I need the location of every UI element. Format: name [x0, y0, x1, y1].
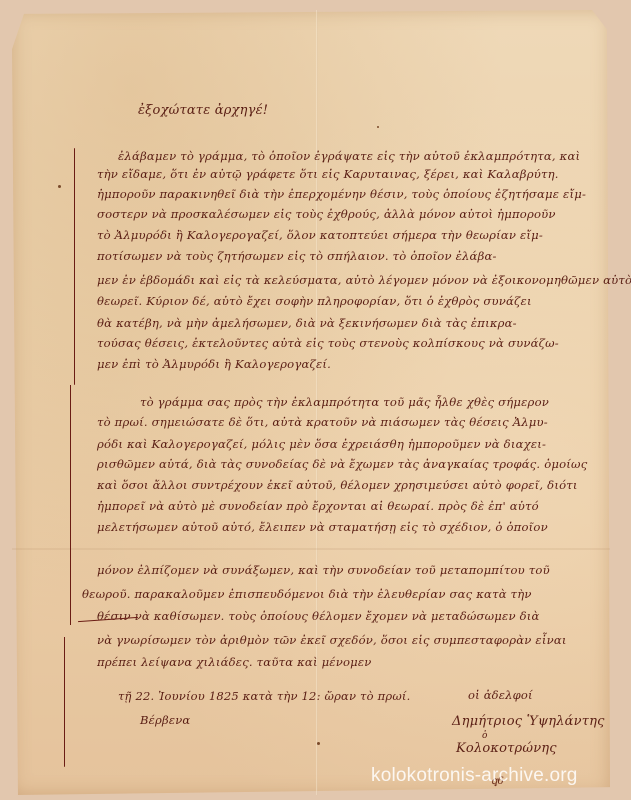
- paper-spot: [377, 126, 379, 128]
- text-line: ἠμπορεῖ νὰ αὐτὸ μὲ συνοδείαν πρὸ ἔρχοντα…: [97, 499, 539, 513]
- text-line: μόνον ἐλπίζομεν νὰ συνάξωμεν, καὶ τὴν συ…: [97, 563, 550, 577]
- text-line: θεωρεῖ. Κύριον δέ, αὐτὸ ἔχει σοφὴν πληρο…: [97, 294, 532, 308]
- text-line: ρισθῶμεν αὐτά, διὰ τὰς συνοδείας δὲ νὰ ἔ…: [97, 457, 587, 471]
- signature-kolokotronis: Κολοκοτρώνης: [456, 741, 557, 756]
- text-line: μελετήσωμεν αὐτοῦ αὐτό, ἔλειπεν νὰ σταμα…: [97, 520, 548, 534]
- place-name: Βέρβενα: [140, 713, 190, 727]
- watermark: kolokotronis-archive.org: [371, 765, 578, 787]
- text-line: ἐλάβαμεν τὸ γράμμα, τὸ ὁποῖον ἐγράψατε ε…: [118, 149, 580, 163]
- text-line: θέσιν νὰ καθίσωμεν. τοὺς ὁποίους θέλομεν…: [97, 609, 540, 623]
- text-line: θὰ κατέβη, νὰ μὴν ἀμελήσωμεν, διὰ νὰ ξεκ…: [97, 316, 517, 330]
- text-line: ἠμποροῦν παρακινηθεῖ διὰ τὴν ἐπερχομένην…: [97, 187, 586, 201]
- text-line: ρόδι καὶ Καλογερογαζεί, μόλις μὲν ὅσα ἐχ…: [97, 437, 546, 451]
- text-line: νὰ γνωρίσωμεν τὸν ἀριθμὸν τῶν ἐκεῖ σχεδό…: [97, 633, 567, 647]
- text-line: τὸ πρωί. σημειώσατε δὲ ὅτι, αὐτὰ κρατοῦν…: [97, 415, 548, 429]
- text-line: τὸ γράμμα σας πρὸς τὴν ἐκλαμπρότητα τοῦ …: [140, 395, 549, 409]
- paper-spot: [317, 742, 320, 745]
- text-line: θεωροῦ. παρακαλοῦμεν ἐπισπευδόμενοι διὰ …: [82, 587, 532, 601]
- text-line: μεν ἐπὶ τὸ Ἀλμυρόδι ἢ Καλογερογαζεί.: [97, 357, 331, 371]
- margin-bracket-1: [74, 148, 75, 385]
- text-line: τὸ Ἀλμυρόδι ἢ Καλογερογαζεί, ὅλον κατοπτ…: [97, 228, 543, 242]
- signature-ypsilantis: Δημήτριος Ὑψηλάντης: [452, 714, 605, 729]
- text-line: καὶ ὅσοι ἄλλοι συντρέχουν ἐκεῖ αὐτοῦ, θέ…: [97, 478, 578, 492]
- text-line: πρέπει λείψανα χιλιάδες. ταῦτα καὶ μένομ…: [97, 655, 372, 669]
- salutation: ἐξοχώτατε ἀρχηγέ!: [138, 103, 268, 118]
- margin-bracket-2: [70, 385, 71, 625]
- text-line: τούσας θέσεις, ἐκτελοῦντες αὐτὰ εἰς τοὺς…: [97, 336, 559, 350]
- date-line: τῇ 22. Ἰουνίου 1825 κατὰ τὴν 12: ὥραν τὸ…: [118, 689, 410, 703]
- signature-superscript: ὁ: [482, 731, 488, 741]
- text-line: μεν ἐν ἑβδομάδι καὶ εἰς τὰ κελεύσματα, α…: [97, 273, 631, 287]
- paper-fold-horizontal: [12, 548, 610, 550]
- text-line: ποτίσωμεν νὰ τοὺς ζητήσωμεν εἰς τὸ σπήλα…: [97, 249, 497, 263]
- margin-bracket-3: [64, 637, 65, 767]
- closing: οἱ ἀδελφοί: [468, 688, 533, 702]
- text-line: τὴν εἴδαμε, ὅτι ἐν αὐτῷ γράφετε ὅτι εἰς …: [97, 167, 559, 181]
- text-line: σοστερν νὰ προσκαλέσωμεν εἰς τοὺς ἐχθρού…: [97, 207, 556, 221]
- paper-spot: [58, 185, 61, 188]
